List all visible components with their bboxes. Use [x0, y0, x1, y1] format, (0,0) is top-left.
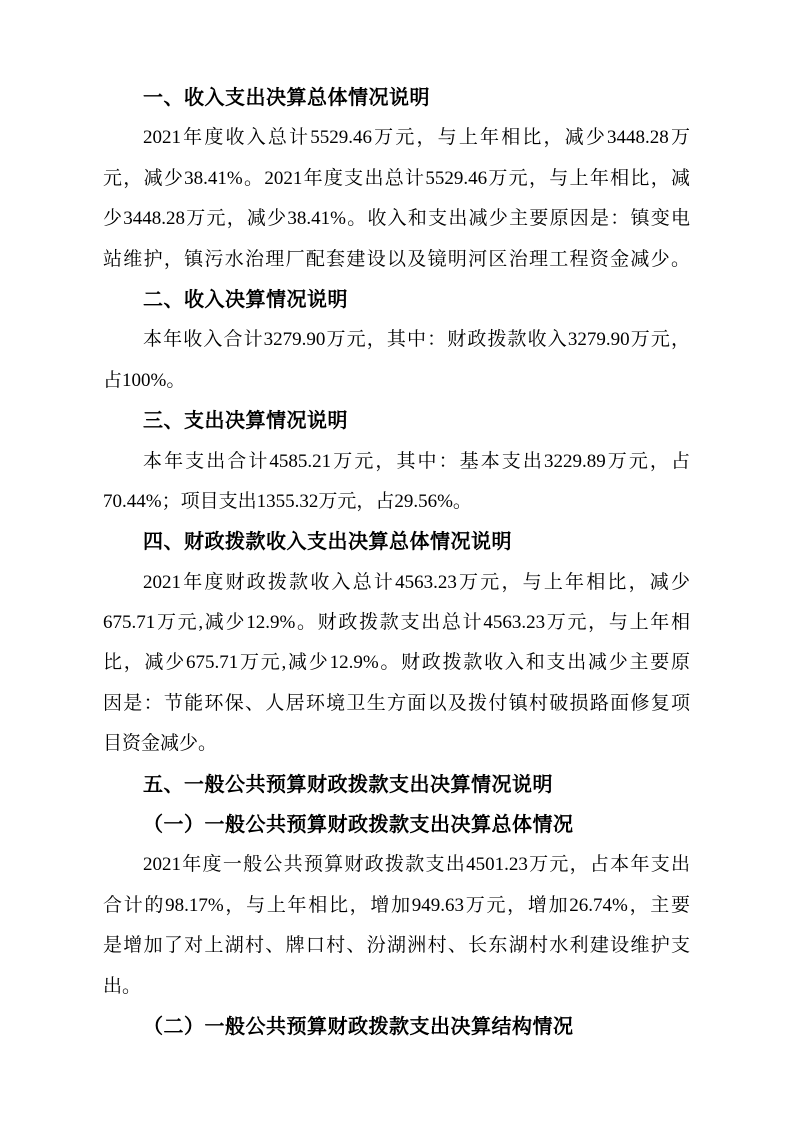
- document-page: 一、收入支出决算总体情况说明 2021年度收入总计5529.46万元，与上年相比…: [0, 0, 793, 1122]
- paragraph-line: 占100%。: [103, 361, 690, 401]
- heading-expense-final-accounts: 三、支出决算情况说明: [103, 401, 690, 441]
- paragraph-line: 站维护，镇污水治理厂配套建设以及镜明河区治理工程资金减少。: [103, 240, 690, 280]
- paragraph-line: 70.44%；项目支出1355.32万元，占29.56%。: [103, 482, 690, 522]
- document-text-block: 一、收入支出决算总体情况说明 2021年度收入总计5529.46万元，与上年相比…: [103, 78, 690, 1047]
- paragraph-line: 2021年度一般公共预算财政拨款支出4501.23万元，占本年支出: [103, 845, 690, 885]
- paragraph-line: 目资金减少。: [103, 724, 690, 764]
- subheading-general-budget-overall: （一）一般公共预算财政拨款支出决算总体情况: [103, 805, 690, 845]
- subheading-general-budget-structure: （二）一般公共预算财政拨款支出决算结构情况: [103, 1007, 690, 1047]
- paragraph-line: 因是：节能环保、人居环境卫生方面以及拨付镇村破损路面修复项: [103, 684, 690, 724]
- paragraph-line: 本年支出合计4585.21万元，其中：基本支出3229.89万元，占: [103, 442, 690, 482]
- paragraph-line: 本年收入合计3279.90万元，其中：财政拨款收入3279.90万元，: [103, 320, 690, 360]
- paragraph-line: 少3448.28万元，减少38.41%。收入和支出减少主要原因是：镇变电: [103, 199, 690, 239]
- heading-income-final-accounts: 二、收入决算情况说明: [103, 280, 690, 320]
- paragraph-line: 出。: [103, 967, 690, 1007]
- paragraph-line: 比，减少675.71万元,减少12.9%。财政拨款收入和支出减少主要原: [103, 643, 690, 683]
- paragraph-line: 是增加了对上湖村、牌口村、汾湖洲村、长东湖村水利建设维护支: [103, 926, 690, 966]
- paragraph-line: 元，减少38.41%。2021年度支出总计5529.46万元，与上年相比，减: [103, 159, 690, 199]
- heading-fiscal-allocation-overview: 四、财政拨款收入支出决算总体情况说明: [103, 522, 690, 562]
- paragraph-line: 合计的98.17%，与上年相比，增加949.63万元，增加26.74%，主要: [103, 886, 690, 926]
- paragraph-line: 2021年度财政拨款收入总计4563.23万元，与上年相比，减少: [103, 563, 690, 603]
- paragraph-line: 675.71万元,减少12.9%。财政拨款支出总计4563.23万元，与上年相: [103, 603, 690, 643]
- paragraph-line: 2021年度收入总计5529.46万元，与上年相比，减少3448.28万: [103, 118, 690, 158]
- heading-income-expense-overview: 一、收入支出决算总体情况说明: [103, 78, 690, 118]
- heading-general-budget-expense: 五、一般公共预算财政拨款支出决算情况说明: [103, 765, 690, 805]
